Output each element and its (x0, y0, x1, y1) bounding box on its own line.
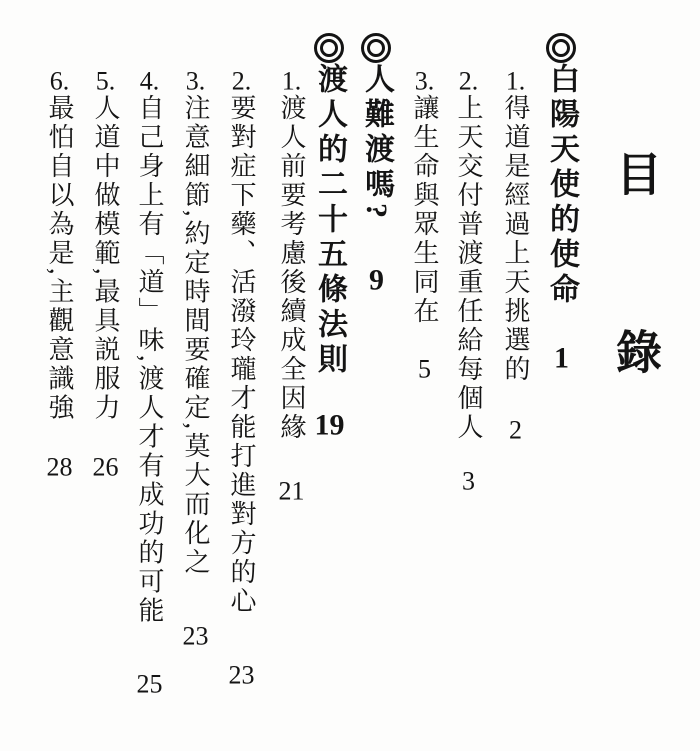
page-number: 21 (277, 478, 306, 504)
page-number: 23 (181, 623, 210, 649)
toc-section-entry: 渡人的二十五條法則19 (314, 33, 344, 440)
page-title: 目錄 (612, 150, 658, 506)
item-title: 自己身上有「道」味,渡人才有成功的可能 (135, 94, 164, 626)
section-bullet-icon (314, 33, 344, 63)
page-number: 23 (227, 662, 256, 688)
page-number: 28 (45, 454, 74, 480)
toc-item-entry: 1.得道是經過上天挑選的2 (502, 68, 528, 443)
page-number: 2 (501, 417, 530, 443)
toc-item-entry: 5.人道中做模範,最具説服力26 (92, 68, 118, 480)
toc-item-entry: 2.要對症下藥、活潑玲瓏才能打進對方的心23 (228, 68, 254, 688)
item-title: 最怕自以為是,主觀意識強 (45, 94, 74, 423)
page-number: 1 (545, 343, 578, 373)
toc-item-entry: 3.讓生命與眾生同在5 (411, 68, 437, 382)
section-bullet-icon (546, 33, 576, 63)
item-title: 上天交付普渡重任給每個人 (454, 94, 483, 442)
item-number: 5. (91, 68, 120, 94)
toc-item-entry: 1.渡人前要考慮後續成全因緣21 (278, 68, 304, 504)
item-number: 3. (410, 68, 439, 94)
toc-item-entry: 3.注意細節,約定時間要確定,莫大而化之23 (182, 68, 208, 649)
toc-section-entry: 白陽天使的使命1 (546, 33, 576, 373)
toc-section-entry: 人難渡嗎?9 (361, 33, 391, 295)
item-title: 人道中做模範,最具説服力 (91, 94, 120, 423)
section-title: 白陽天使的使命 (545, 63, 578, 308)
page-number: 25 (135, 671, 164, 697)
item-number: 2. (454, 68, 483, 94)
page-number: 5 (410, 356, 439, 382)
item-number: 2. (227, 68, 256, 94)
item-number: 6. (45, 68, 74, 94)
page-number: 26 (91, 454, 120, 480)
toc-item-entry: 6.最怕自以為是,主觀意識強28 (46, 68, 72, 480)
item-number: 4. (135, 68, 164, 94)
item-number: 1. (277, 68, 306, 94)
section-bullet-icon (361, 33, 391, 63)
item-title: 要對症下藥、活潑玲瓏才能打進對方的心 (227, 94, 256, 616)
item-title: 讓生命與眾生同在 (410, 94, 439, 326)
item-title: 渡人前要考慮後續成全因緣 (277, 94, 306, 442)
page-number: 19 (313, 410, 346, 440)
toc-scanned-page: 目錄 白陽天使的使命1 1.得道是經過上天挑選的2 2.上天交付普渡重任給每個人… (0, 0, 700, 751)
item-title: 得道是經過上天挑選的 (501, 94, 530, 384)
item-title: 注意細節,約定時間要確定,莫大而化之 (181, 94, 210, 577)
item-number: 3. (181, 68, 210, 94)
item-number: 1. (501, 68, 530, 94)
section-title: 渡人的二十五條法則 (313, 63, 346, 378)
toc-item-entry: 4.自己身上有「道」味,渡人才有成功的可能25 (136, 68, 162, 697)
page-number: 9 (360, 265, 393, 295)
toc-item-entry: 2.上天交付普渡重任給每個人3 (455, 68, 481, 494)
section-title: 人難渡嗎? (360, 63, 393, 223)
page-number: 3 (454, 468, 483, 494)
